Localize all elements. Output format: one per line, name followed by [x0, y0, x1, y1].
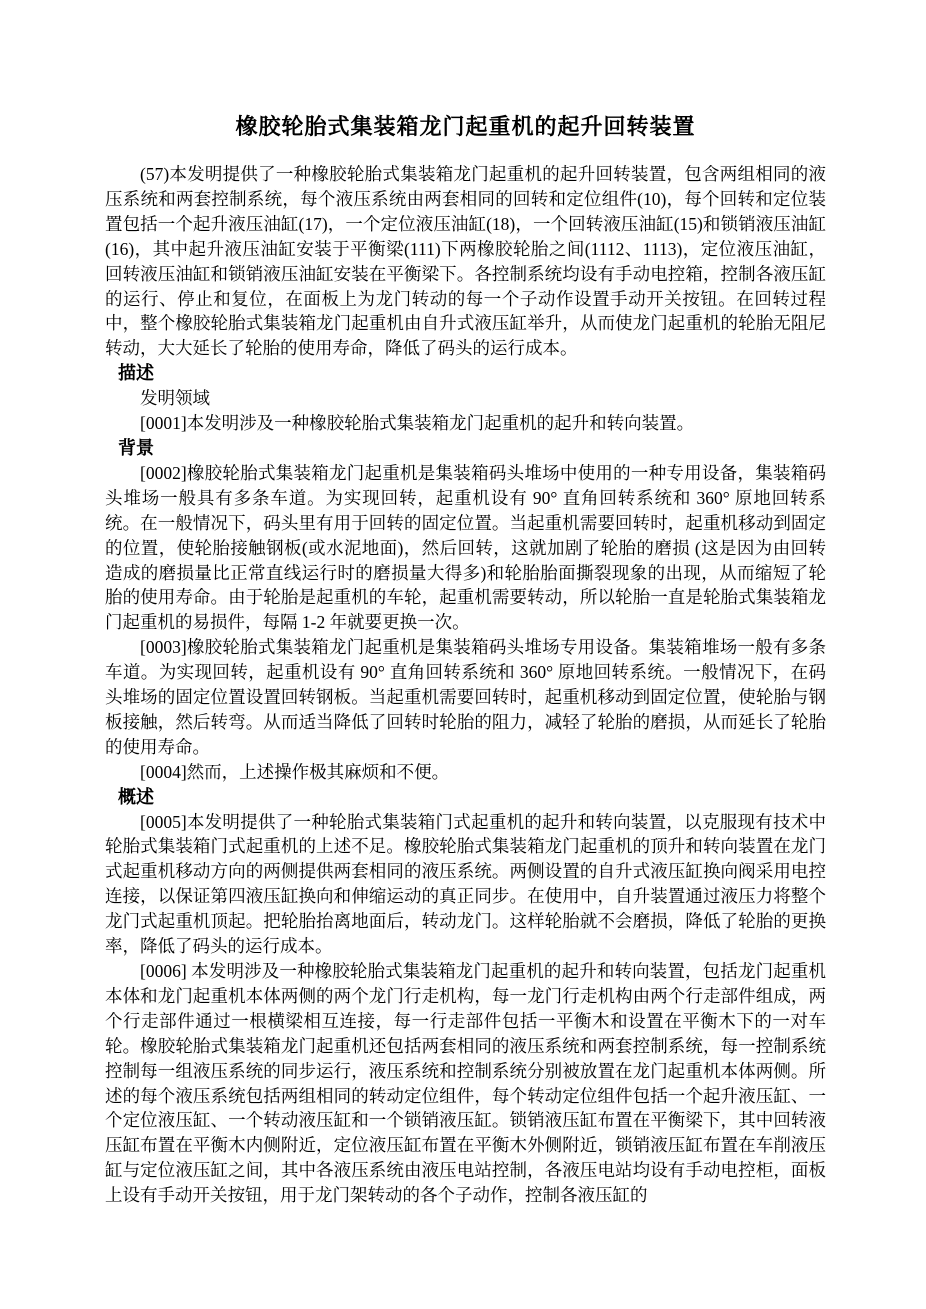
paragraph-0003: [0003]橡胶轮胎式集装箱龙门起重机是集装箱码头堆场专用设备。集装箱堆场一般有…	[105, 635, 826, 760]
abstract-paragraph: (57)本发明提供了一种橡胶轮胎式集装箱龙门起重机的起升回转装置，包含两组相同的…	[105, 162, 826, 361]
section-heading-summary: 概述	[105, 785, 826, 810]
paragraph-0001: [0001]本发明涉及一种橡胶轮胎式集装箱龙门起重机的起升和转向装置。	[105, 411, 826, 436]
paragraph-0006: [0006] 本发明涉及一种橡胶轮胎式集装箱龙门起重机的起升和转向装置，包括龙门…	[105, 959, 826, 1208]
paragraph-0005: [0005]本发明提供了一种轮胎式集装箱门式起重机的起升和转向装置，以克服现有技…	[105, 810, 826, 959]
paragraph-0002: [0002]橡胶轮胎式集装箱龙门起重机是集装箱码头堆场中使用的一种专用设备，集装…	[105, 461, 826, 635]
section-heading-background: 背景	[105, 436, 826, 461]
field-of-invention-subheading: 发明领域	[105, 386, 826, 411]
section-heading-description: 描述	[105, 361, 826, 386]
patent-document-page: 橡胶轮胎式集装箱龙门起重机的起升回转装置 (57)本发明提供了一种橡胶轮胎式集装…	[105, 112, 826, 1208]
page-title: 橡胶轮胎式集装箱龙门起重机的起升回转装置	[105, 112, 826, 142]
paragraph-0004: [0004]然而，上述操作极其麻烦和不便。	[105, 760, 826, 785]
